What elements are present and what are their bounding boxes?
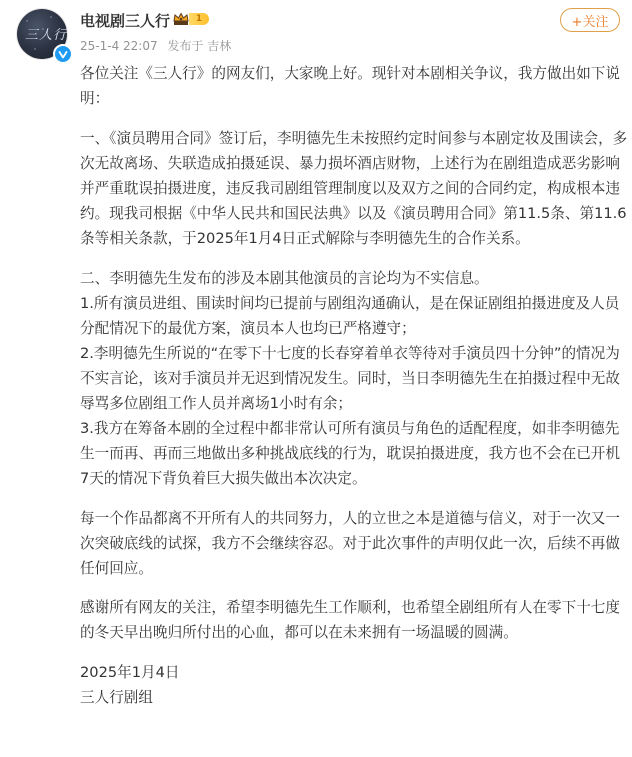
intro-paragraph: 各位关注《三人行》的网友们，大家晚上好。现针对本剧相关争议，我方做出如下说明： bbox=[80, 61, 628, 111]
section-2-title: 二、李明德先生发布的涉及本剧其他演员的言论均为不实信息。 bbox=[80, 266, 628, 291]
post-location: 发布于 吉林 bbox=[167, 39, 231, 53]
section-2-item-2: 2.李明德先生所说的“在零下十七度的长春穿着单衣等待对手演员四十分钟”的情况为不… bbox=[80, 341, 628, 416]
section-2-item-1: 1.所有演员进组、围读时间均已提前与剧组沟通确认，是在保证剧组拍摄进度及人员分配… bbox=[80, 291, 628, 341]
signature-org: 三人行剧组 bbox=[80, 685, 628, 710]
verified-badge-icon bbox=[53, 44, 73, 64]
avatar-logo-text: 三人行 bbox=[25, 24, 67, 43]
level-badge: 1 bbox=[189, 13, 209, 25]
post-time[interactable]: 25-1-4 22:07 bbox=[80, 39, 158, 53]
post-header: 三人行 电视剧三人行 1 25-1-4 22:07 发布于 吉林 +关注 bbox=[0, 0, 632, 60]
closing-paragraph-2: 感谢所有网友的关注，希望李明德先生工作顺利，也希望全剧组所有人在零下十七度的冬天… bbox=[80, 595, 628, 645]
post-body: 各位关注《三人行》的网友们，大家晚上好。现针对本剧相关争议，我方做出如下说明： … bbox=[80, 61, 628, 710]
section-2-item-3: 3.我方在筹备本剧的全过程中都非常认可所有演员与角色的适配程度，如非李明德先生一… bbox=[80, 416, 628, 491]
follow-button[interactable]: +关注 bbox=[560, 8, 620, 32]
post-meta: 25-1-4 22:07 发布于 吉林 bbox=[80, 37, 237, 54]
closing-paragraph-1: 每一个作品都离不开所有人的共同努力，人的立世之本是道德与信义，对于一次又一次突破… bbox=[80, 506, 628, 581]
crown-icon bbox=[173, 12, 189, 26]
signature-date: 2025年1月4日 bbox=[80, 660, 628, 685]
author-name[interactable]: 电视剧三人行 bbox=[80, 10, 170, 31]
section-1-paragraph: 一、《演员聘用合同》签订后，李明德先生未按照约定时间参与本剧定妆及围读会，多次无… bbox=[80, 126, 628, 251]
